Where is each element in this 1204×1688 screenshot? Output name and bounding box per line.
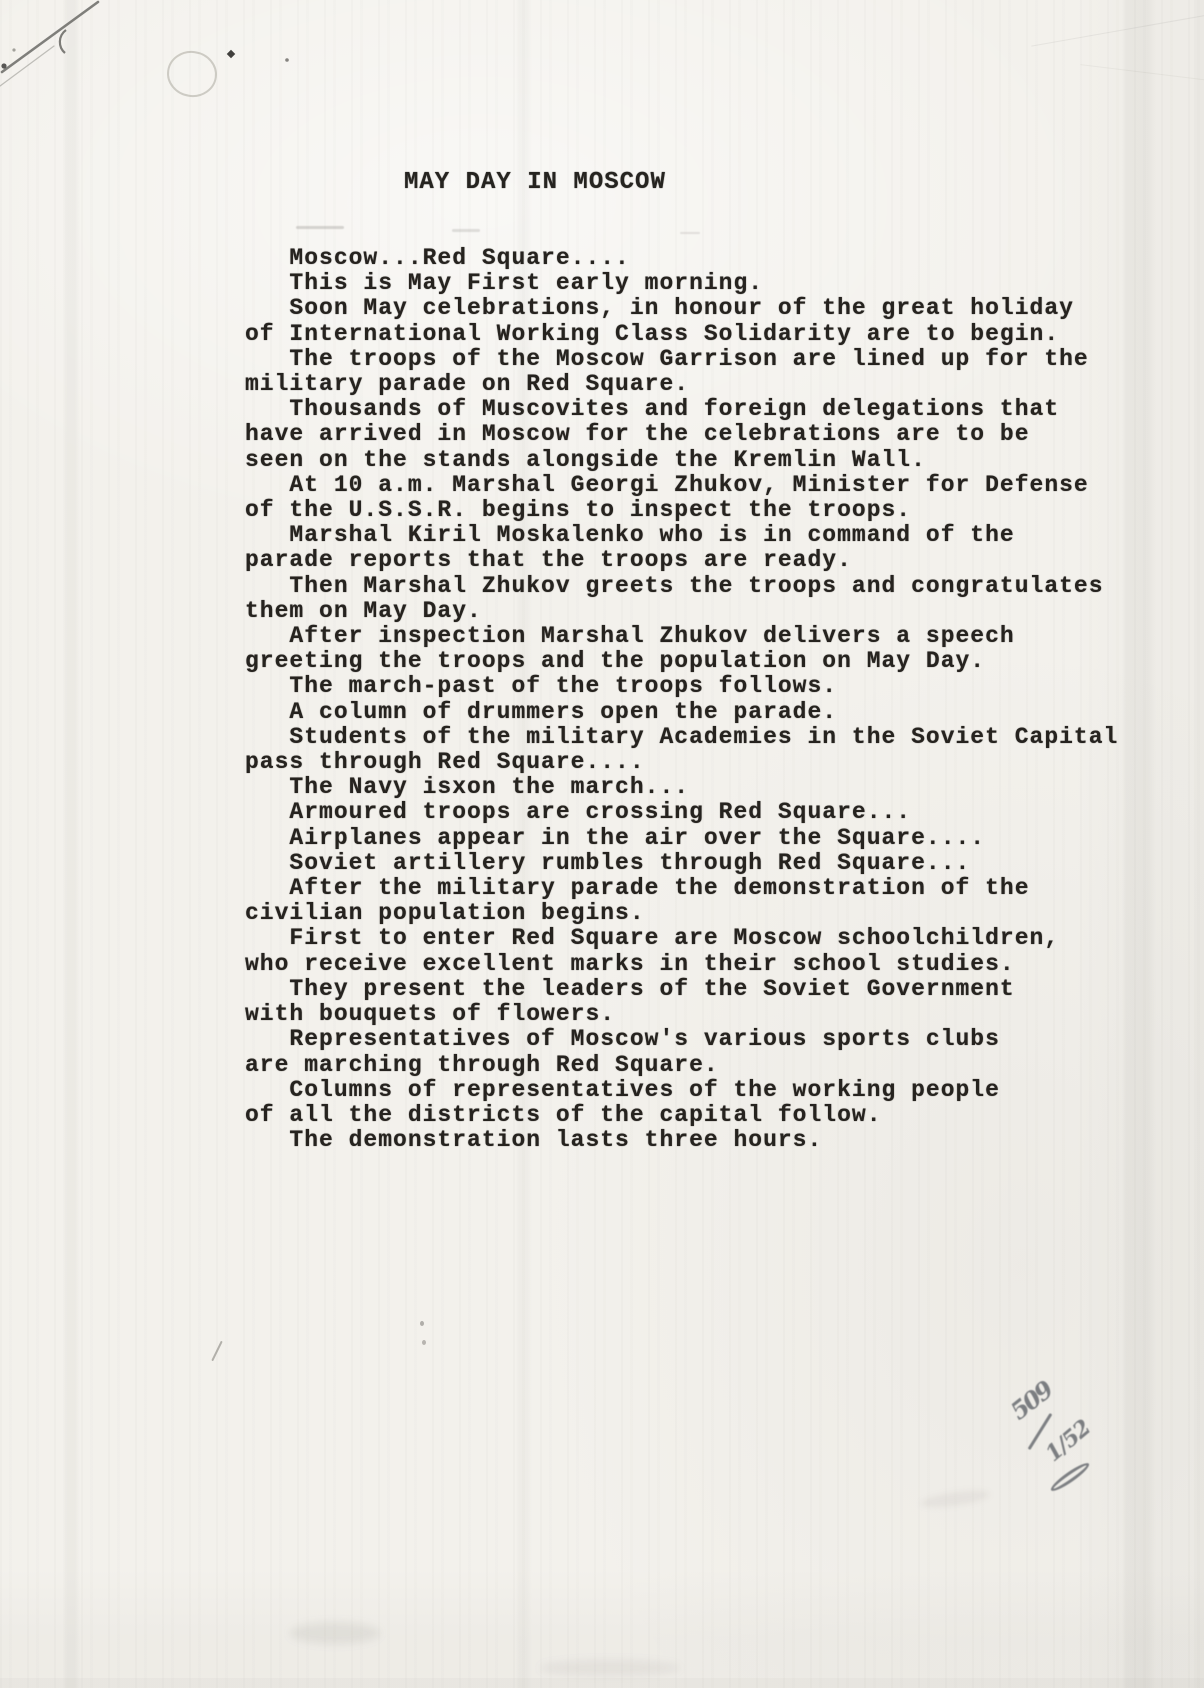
smudge-stain	[540, 1660, 680, 1676]
ring-stain	[165, 49, 219, 99]
document-title: MAY DAY IN MOSCOW	[404, 170, 666, 196]
speck-dot	[422, 1340, 426, 1345]
ink-speck	[285, 58, 289, 62]
paper-crease	[1031, 14, 1204, 46]
smudge-dash	[680, 232, 700, 234]
ink-dot	[12, 48, 15, 51]
corner-pen-marks	[0, 0, 330, 150]
speck-dot	[420, 1321, 424, 1326]
smudge-stain	[919, 1487, 990, 1511]
paper-crease	[1080, 64, 1204, 81]
annotation-text: 1/52	[1040, 1415, 1095, 1467]
smudge-stain	[290, 1622, 380, 1644]
smudge-dash	[452, 229, 480, 232]
handwritten-annotation: 509 1/52	[995, 1372, 1125, 1502]
paren-pen-mark	[60, 30, 66, 53]
pen-line	[2, 2, 98, 72]
ink-dot	[1, 63, 6, 68]
ink-speck	[227, 50, 235, 58]
smudge-dash	[296, 226, 344, 229]
pencil-tick	[211, 1341, 222, 1362]
scanned-document-page: MAY DAY IN MOSCOW Moscow...Red Square...…	[0, 0, 1204, 1688]
typewritten-body-text: Moscow...Red Square.... This is May Firs…	[245, 246, 1118, 1153]
